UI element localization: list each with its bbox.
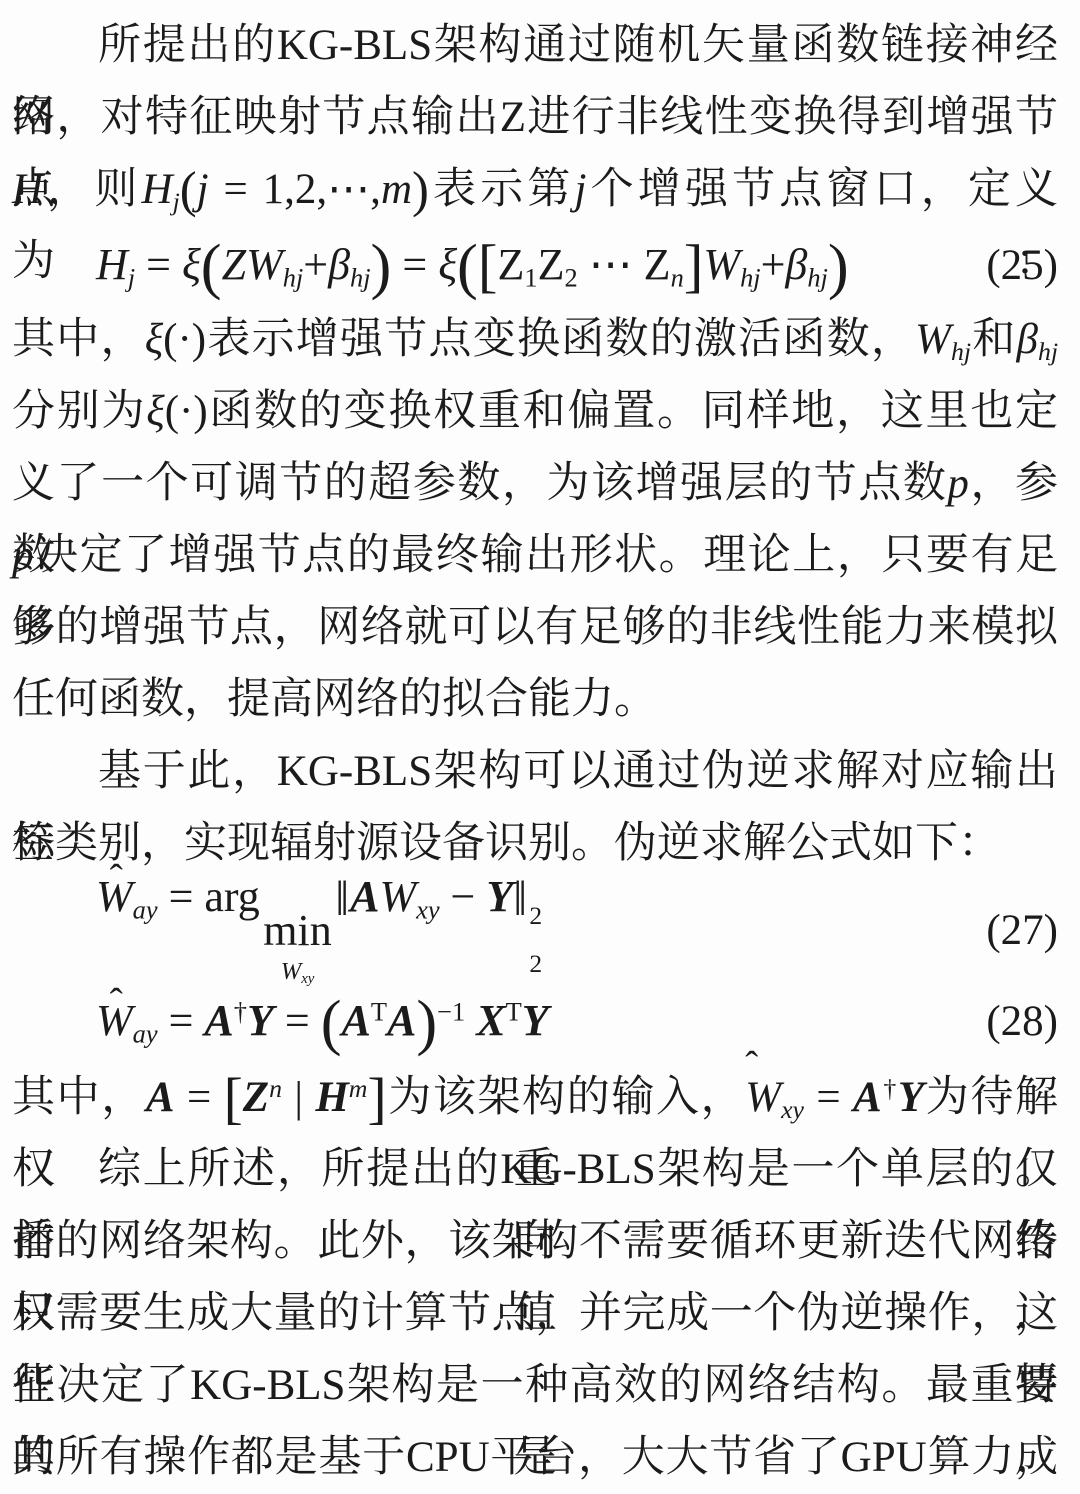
- paragraph-4: 其中，A = [Zn | Hm]为该架构的输入，Wˆxy = A†Y为待解权重。: [12, 1062, 1058, 1134]
- paragraph-2: 其中，ξ(·)表示增强节点变换函数的激活函数，Whj和βhj 分别为ξ(·)函数…: [12, 304, 1058, 736]
- text-line: 其中，ξ(·)表示增强节点变换函数的激活函数，Whj和βhj: [12, 304, 1058, 376]
- equation-body: Wˆay = A†Y = (ATA)−1 XTY: [96, 999, 549, 1043]
- text-line: 签类别，实现辐射源设备识别。伪逆求解公式如下：: [12, 808, 1058, 880]
- equation-number: (27): [986, 906, 1058, 955]
- text-line: p决定了增强节点的最终输出形状。理论上，只要有足够: [12, 520, 1058, 592]
- text-line: 分别为ξ(·)函数的变换权重和偏置。同样地，这里也定: [12, 376, 1058, 448]
- text-line: 其所有操作都是基于CPU平台，大大节省了GPU算力成本。: [12, 1422, 1058, 1494]
- text-line: 只需要生成大量的计算节点，并完成一个伪逆操作，这些特: [12, 1278, 1058, 1350]
- paragraph-5: 综上所述，所提出的KG-BLS架构是一个单层的仅前向传 播的网络架构。此外，该架…: [12, 1134, 1058, 1494]
- equation-27: Wˆay = argminWxy‖AWxy − Y‖22 (27): [12, 880, 1058, 980]
- text-line: 义了一个可调节的超参数，为该增强层的节点数p，参数: [12, 448, 1058, 520]
- document-page: 所提出的KG-BLS架构通过随机矢量函数链接神经网 络，对特征映射节点输出Z进行…: [0, 0, 1080, 1494]
- paragraph-3: 基于此，KG-BLS架构可以通过伪逆求解对应输出标 签类别，实现辐射源设备识别。…: [12, 736, 1058, 880]
- equation-body: Hj = ξ(ZWhj+βhj) = ξ([Z1Z2 ⋯ Zn]Whj+βhj): [96, 243, 849, 287]
- text-line: 任何函数，提高网络的拟合能力。: [12, 664, 1058, 736]
- equation-body: Wˆay = argminWxy‖AWxy − Y‖22: [96, 875, 542, 985]
- equation-number: (25): [986, 241, 1058, 290]
- text-line: 络，对特征映射节点输出Z进行非线性变换得到增强节点: [12, 82, 1058, 154]
- text-line: 播的网络架构。此外，该架构不需要循环更新迭代网络权值，: [12, 1206, 1058, 1278]
- text-line: 所提出的KG-BLS架构通过随机矢量函数链接神经网: [12, 10, 1058, 82]
- text-line: 征决定了KG-BLS架构是一种高效的网络结构。最重要的是，: [12, 1350, 1058, 1422]
- equation-28: Wˆay = A†Y = (ATA)−1 XTY (28): [12, 980, 1058, 1062]
- paragraph-1: 所提出的KG-BLS架构通过随机矢量函数链接神经网 络，对特征映射节点输出Z进行…: [12, 10, 1058, 226]
- text-line: 综上所述，所提出的KG-BLS架构是一个单层的仅前向传: [12, 1134, 1058, 1206]
- text-line: 基于此，KG-BLS架构可以通过伪逆求解对应输出标: [12, 736, 1058, 808]
- text-line: 其中，A = [Zn | Hm]为该架构的输入，Wˆxy = A†Y为待解权重。: [12, 1062, 1058, 1134]
- equation-number: (28): [986, 997, 1058, 1046]
- text-line: H，则Hj(j = 1,2,⋯,m)表示第j个增强节点窗口，定义为：: [12, 154, 1058, 226]
- text-line: 多的增强节点，网络就可以有足够的非线性能力来模拟: [12, 592, 1058, 664]
